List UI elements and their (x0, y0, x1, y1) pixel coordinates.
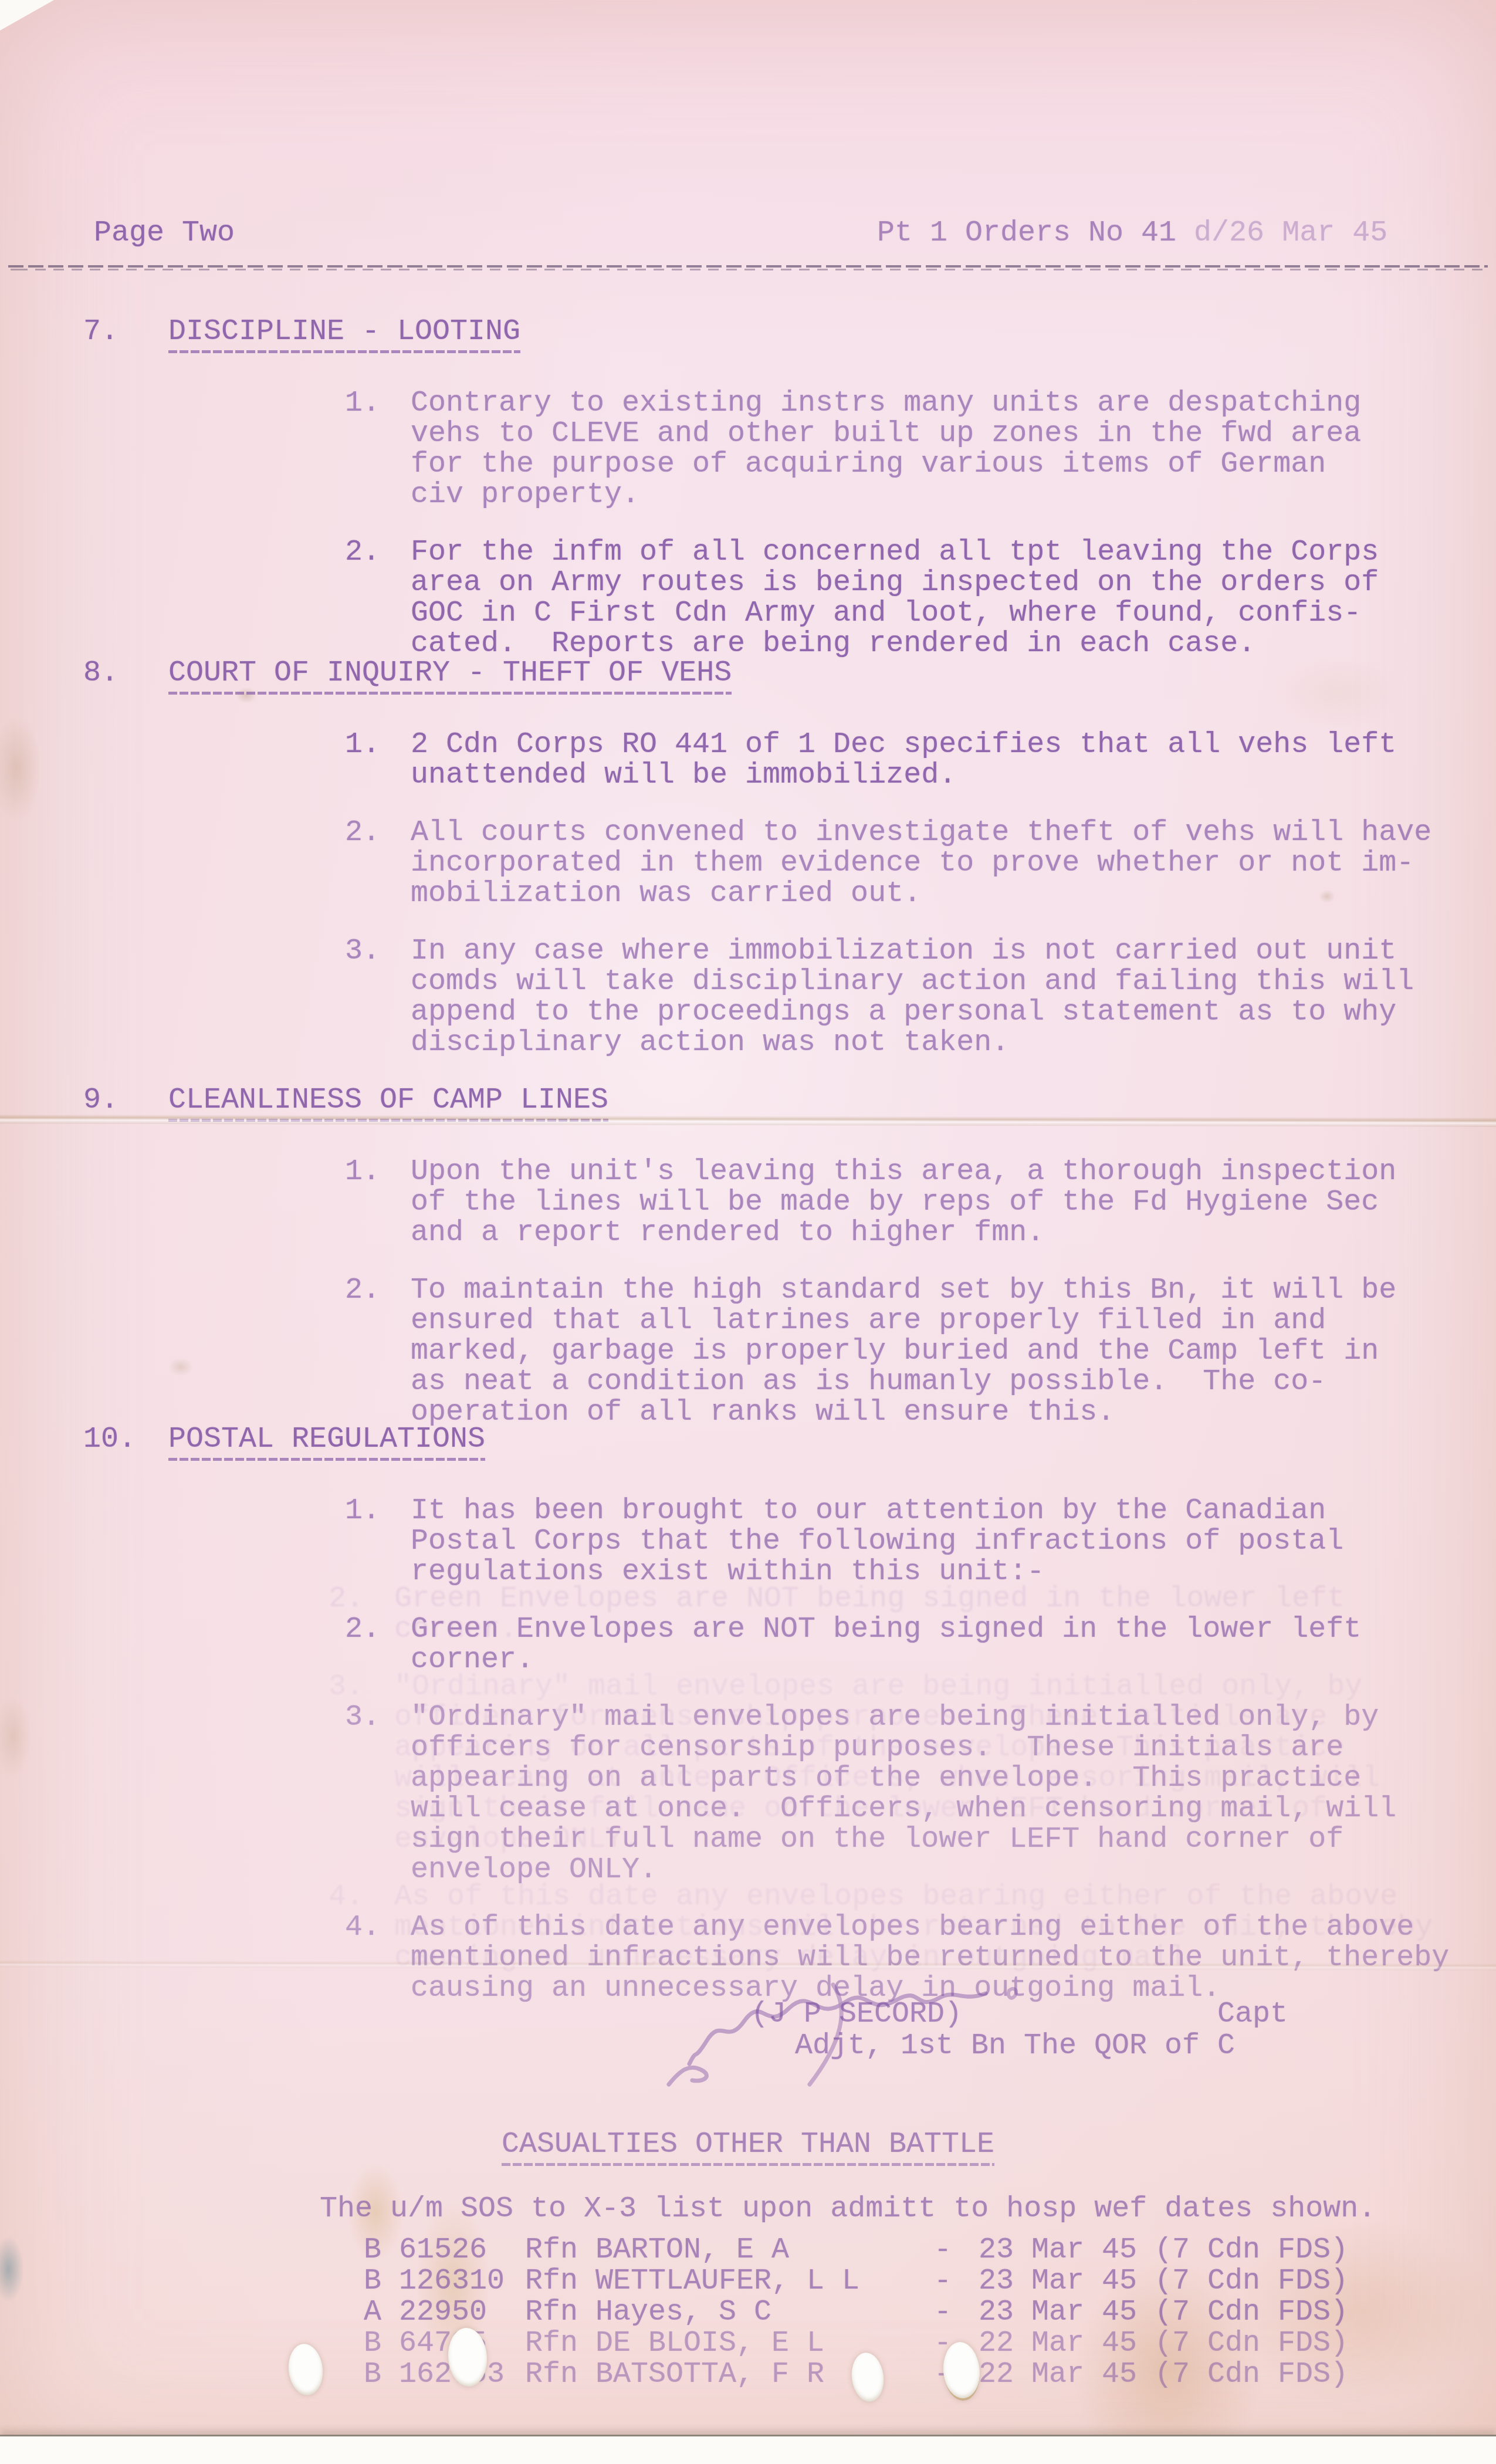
paragraph-number: 2. (345, 818, 380, 848)
paragraph-line: officers for censorship purposes. These … (411, 1733, 1496, 1764)
paragraph-line: As of this date any envelopes bearing ei… (411, 1913, 1496, 1943)
paragraph-line: for the purpose of acquiring various ite… (411, 449, 1496, 480)
casualty-separator: - (934, 2266, 952, 2297)
paragraph: 2.To maintain the high standard set by t… (0, 1275, 1496, 1428)
paragraph-number: 1. (345, 1157, 380, 1187)
paragraph: 1.Contrary to existing instrs many units… (0, 388, 1496, 510)
paragraph-line: unattended will be immobilized. (411, 760, 1496, 791)
paragraph-number: 2. (345, 537, 380, 568)
paragraph-line: and a report rendered to higher fmn. (411, 1218, 1496, 1248)
paragraph-number: 4. (345, 1913, 380, 1943)
paragraph-line: envelope ONLY. (411, 1855, 1496, 1886)
paragraph: 1.2 Cdn Corps RO 441 of 1 Dec specifies … (0, 730, 1496, 791)
order-section: 7.DISCIPLINE - LOOTING1.Contrary to exis… (0, 317, 1496, 686)
scan-background-strip (0, 2435, 1496, 2464)
casualty-service-number: A 22950 (364, 2297, 487, 2328)
paragraph-number: 3. (345, 1703, 380, 1733)
order-section: 8.COURT OF INQUIRY - THEFT OF VEHS1.2 Cd… (0, 658, 1496, 1085)
paragraph: 3."Ordinary" mail envelopes are being in… (0, 1703, 1496, 1886)
section-number: 7. (83, 317, 119, 347)
casualty-service-number: B 126310 (364, 2266, 505, 2297)
casualty-row: B 64795Rfn DE BLOIS, E L-22 Mar 45 (7 Cd… (0, 2328, 1496, 2360)
section-heading: 10.POSTAL REGULATIONS (0, 1424, 1496, 1461)
casualty-name: Rfn DE BLOIS, E L (525, 2328, 824, 2359)
paragraph-line: comds will take disciplinary action and … (411, 967, 1496, 997)
paragraph-line: area on Army routes is being inspected o… (411, 568, 1496, 598)
paragraph-line: operation of all ranks will ensure this. (411, 1397, 1496, 1428)
scanned-document-page: Page Two Pt 1 Orders No 41 d/26 Mar 45 7… (0, 0, 1496, 2464)
casualty-name: Rfn WETTLAUFER, L L (525, 2266, 859, 2297)
typed-divider-rule (8, 265, 1488, 272)
paragraph: 1.It has been brought to our attention b… (0, 1496, 1496, 1588)
paragraph-line: will cease at once. Officers, when censo… (411, 1794, 1496, 1825)
paragraph-number: 3. (345, 936, 380, 967)
paragraph-line: To maintain the high standard set by thi… (411, 1275, 1496, 1306)
section-title: COURT OF INQUIRY - THEFT OF VEHS (168, 658, 732, 695)
paragraph-line: 2 Cdn Corps RO 441 of 1 Dec specifies th… (411, 730, 1496, 760)
casualty-date: 23 Mar 45 (7 Cdn FDS) (979, 2297, 1348, 2328)
signatory-title: Adjt, 1st Bn The QOR of C (675, 2031, 1320, 2062)
paragraph-number: 1. (345, 730, 380, 760)
casualties-heading: CASUALTIES OTHER THAN BATTLE (502, 2130, 994, 2166)
casualties-intro: The u/m SOS to X-3 list upon admitt to h… (0, 2194, 1496, 2225)
section-title: DISCIPLINE - LOOTING (168, 317, 520, 353)
signatory-rank: Capt (1217, 1999, 1288, 2030)
paragraph-number: 2. (345, 1615, 380, 1645)
casualty-separator: - (934, 2235, 952, 2266)
paragraph-line: All courts convened to investigate theft… (411, 818, 1496, 848)
section-number: 9. (83, 1085, 119, 1116)
paragraph-number: 1. (345, 1496, 380, 1527)
paragraph-line: Upon the unit's leaving this area, a tho… (411, 1157, 1496, 1187)
paragraph-line: mobilization was carried out. (411, 879, 1496, 909)
paragraph-line: of the lines will be made by reps of the… (411, 1187, 1496, 1218)
paragraph: 2.Green Envelopes are NOT being signed i… (0, 1615, 1496, 1676)
casualty-service-number: B 61526 (364, 2235, 487, 2266)
paragraph-line: Postal Corps that the following infracti… (411, 1527, 1496, 1557)
page-number-label: Page Two (94, 218, 235, 249)
casualty-row: B 61526Rfn BARTON, E A-23 Mar 45 (7 Cdn … (0, 2235, 1496, 2266)
paragraph-line: as neat a condition as is humanly possib… (411, 1367, 1496, 1397)
paragraph: 2.All courts convened to investigate the… (0, 818, 1496, 909)
paragraph-line: For the infm of all concerned all tpt le… (411, 537, 1496, 568)
paragraph: 3.In any case where immobilization is no… (0, 936, 1496, 1058)
paragraph-line: GOC in C First Cdn Army and loot, where … (411, 598, 1496, 629)
casualty-row: A 22950Rfn Hayes, S C-23 Mar 45 (7 Cdn F… (0, 2297, 1496, 2328)
paragraph-line: "Ordinary" mail envelopes are being init… (411, 1703, 1496, 1733)
casualty-rows: B 61526Rfn BARTON, E A-23 Mar 45 (7 Cdn … (0, 2235, 1496, 2391)
signature-block: (J P SECORD) Capt Adjt, 1st Bn The QOR o… (675, 1999, 1320, 2062)
casualty-row: B 162753Rfn BATSOTTA, F R-22 Mar 45 (7 C… (0, 2360, 1496, 2391)
paragraph-line: ensured that all latrines are properly f… (411, 1306, 1496, 1336)
paragraph-line: Green Envelopes are NOT being signed in … (411, 1615, 1496, 1645)
paragraph-line: regulations exist within this unit:- (411, 1557, 1496, 1588)
signatory-name: (J P SECORD) (751, 1998, 962, 2031)
orders-date-text: d/26 Mar 45 (1194, 216, 1387, 250)
casualty-name: Rfn BATSOTTA, F R (525, 2360, 824, 2390)
order-section: 9.CLEANLINESS OF CAMP LINES1.Upon the un… (0, 1085, 1496, 1455)
section-number: 8. (83, 658, 119, 689)
paragraph-line: corner. (411, 1645, 1496, 1676)
paragraph-line: Contrary to existing instrs many units a… (411, 388, 1496, 419)
paragraph-line: disciplinary action was not taken. (411, 1028, 1496, 1058)
casualty-date: 22 Mar 45 (7 Cdn FDS) (979, 2328, 1348, 2359)
order-section: 10.POSTAL REGULATIONS1.It has been broug… (0, 1424, 1496, 2031)
section-number: 10. (83, 1424, 136, 1455)
casualty-name: Rfn BARTON, E A (525, 2235, 789, 2266)
paragraph-line: appearing on all parts of the envelope. … (411, 1764, 1496, 1794)
paper-corner (0, 0, 54, 31)
orders-reference: Pt 1 Orders No 41 d/26 Mar 45 (877, 218, 1387, 249)
paragraph-line: cated. Reports are being rendered in eac… (411, 629, 1496, 659)
section-heading: 8.COURT OF INQUIRY - THEFT OF VEHS (0, 658, 1496, 695)
casualty-name: Rfn Hayes, S C (525, 2297, 771, 2328)
section-title: POSTAL REGULATIONS (168, 1424, 485, 1461)
casualty-date: 23 Mar 45 (7 Cdn FDS) (979, 2235, 1348, 2266)
casualty-row: B 126310Rfn WETTLAUFER, L L-23 Mar 45 (7… (0, 2266, 1496, 2297)
paragraph-number: 2. (345, 1275, 380, 1306)
casualty-date: 22 Mar 45 (7 Cdn FDS) (979, 2360, 1348, 2390)
paragraph: 1.Upon the unit's leaving this area, a t… (0, 1157, 1496, 1248)
paragraph: 2.For the infm of all concerned all tpt … (0, 537, 1496, 659)
paragraph-line: civ property. (411, 480, 1496, 510)
paragraph-line: It has been brought to our attention by … (411, 1496, 1496, 1527)
paragraph-number: 1. (345, 388, 380, 419)
paragraph-line: marked, garbage is properly buried and t… (411, 1336, 1496, 1367)
section-heading: 7.DISCIPLINE - LOOTING (0, 317, 1496, 353)
paragraph-line: vehs to CLEVE and other built up zones i… (411, 419, 1496, 449)
paragraph-line: In any case where immobilization is not … (411, 936, 1496, 967)
casualties-section: CASUALTIES OTHER THAN BATTLE The u/m SOS… (0, 2130, 1496, 2391)
casualty-separator: - (934, 2297, 952, 2328)
casualty-date: 23 Mar 45 (7 Cdn FDS) (979, 2266, 1348, 2297)
paragraph-line: sign their full name on the lower LEFT h… (411, 1825, 1496, 1855)
paragraph-line: append to the proceedings a personal sta… (411, 997, 1496, 1028)
paragraph-line: incorporated in them evidence to prove w… (411, 848, 1496, 879)
orders-ref-text: Pt 1 Orders No 41 (877, 216, 1176, 250)
